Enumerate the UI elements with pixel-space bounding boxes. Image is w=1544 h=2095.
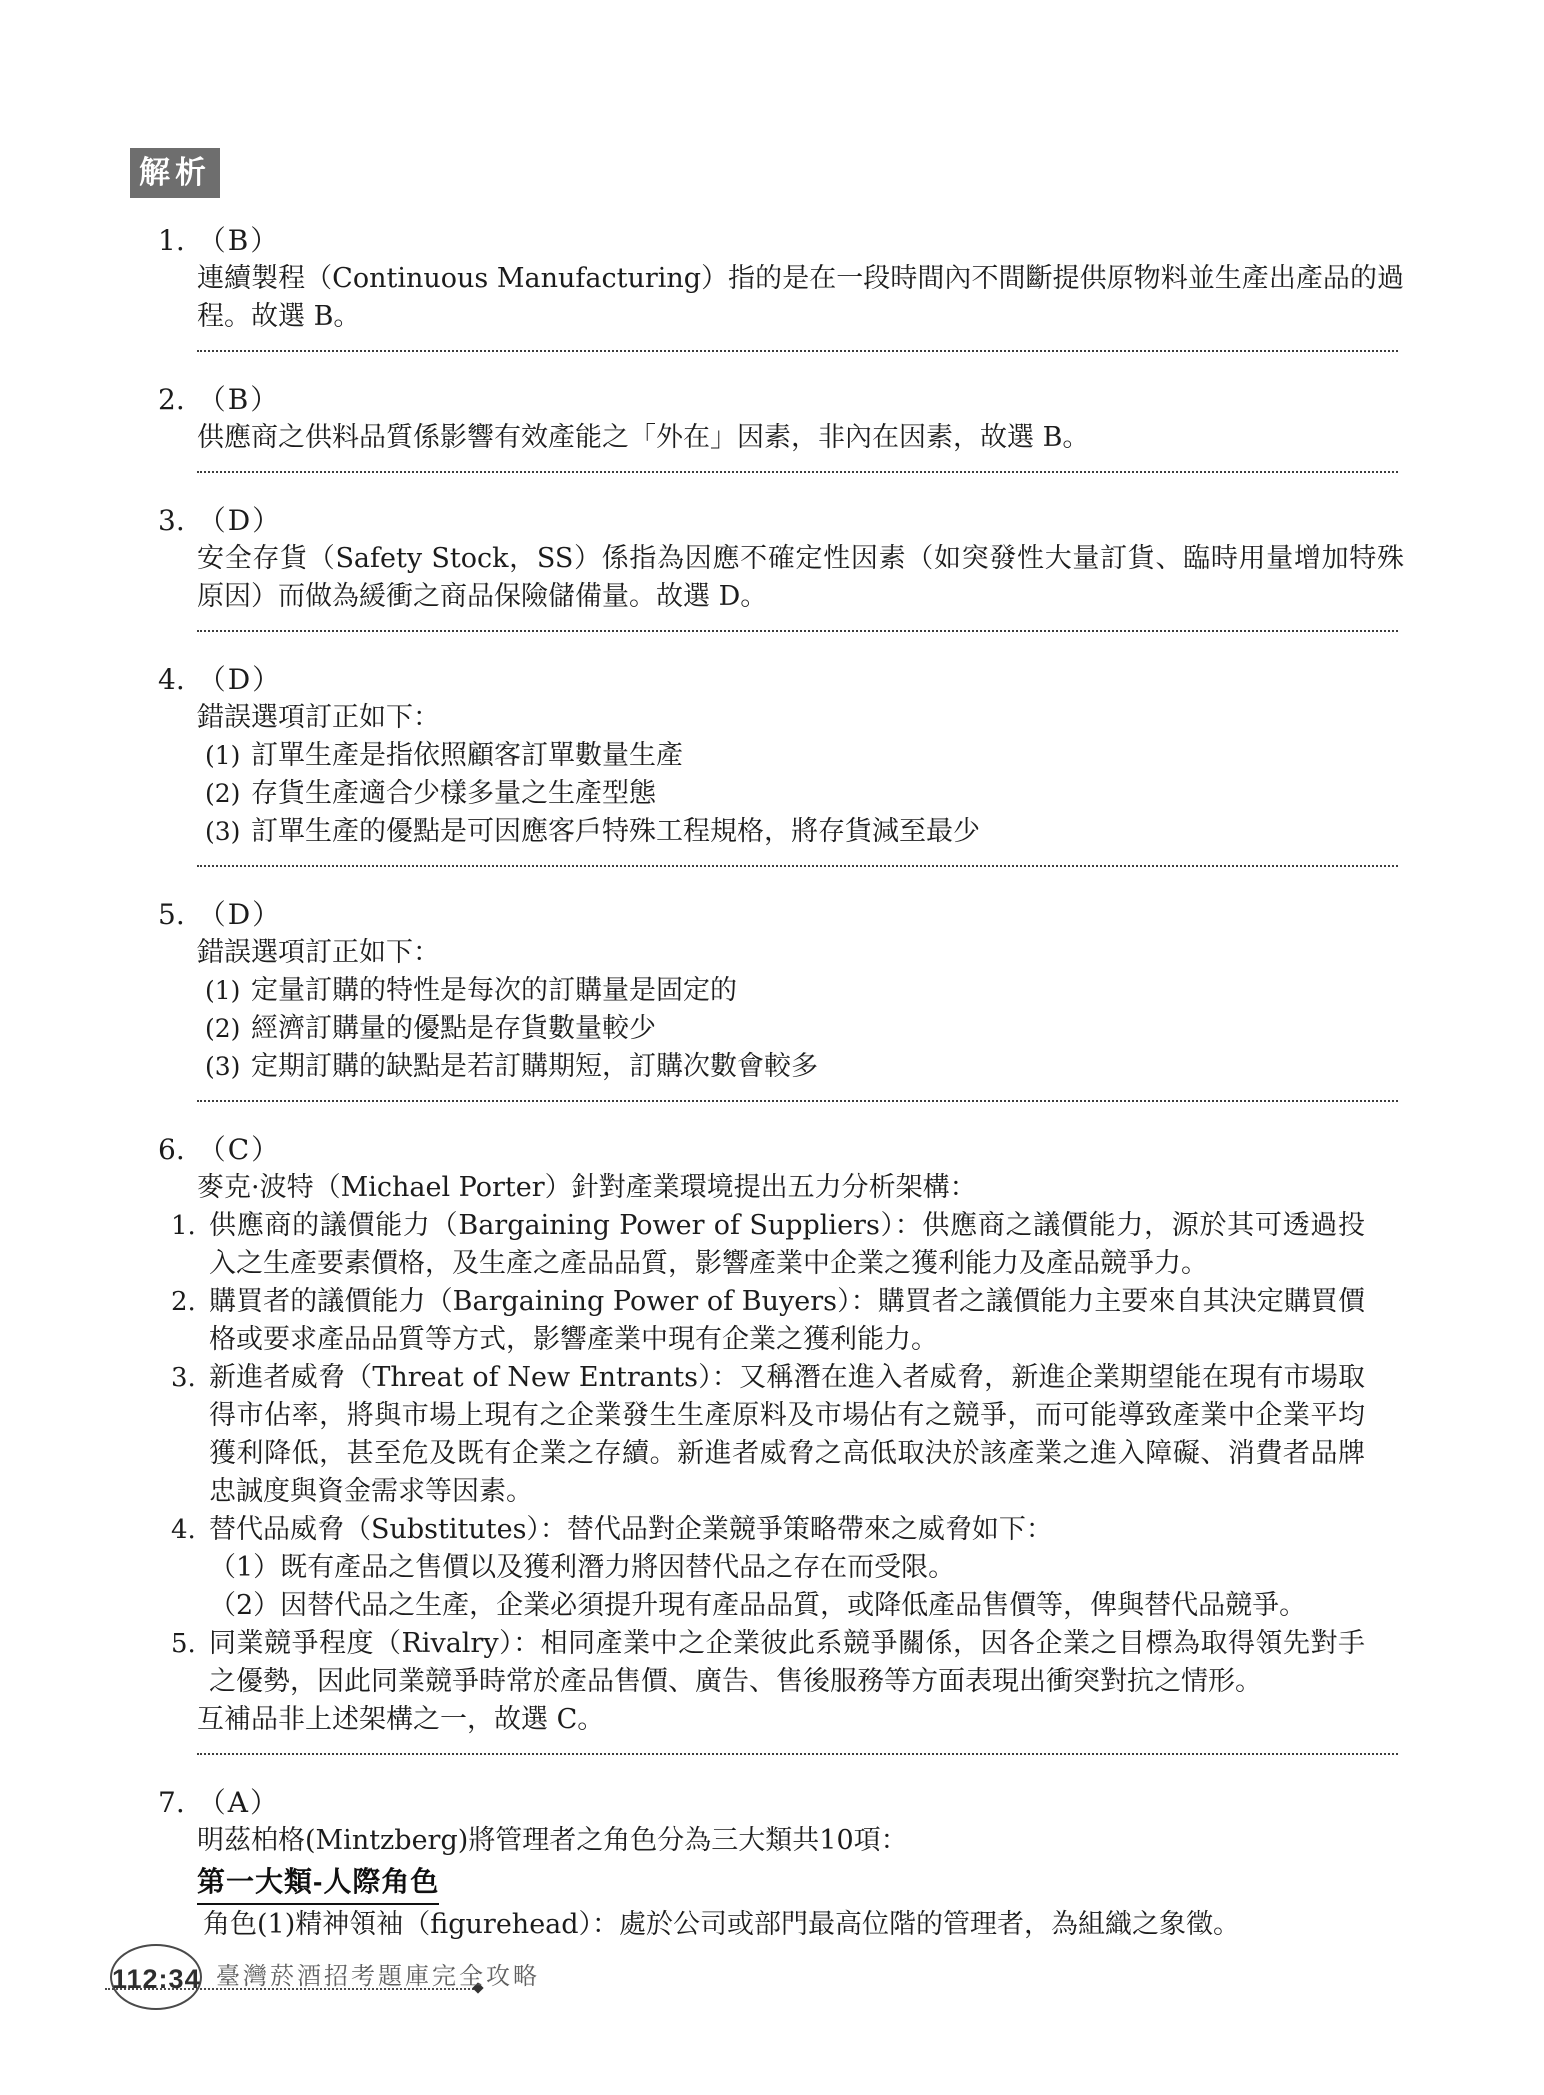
item-answer: （D） xyxy=(198,663,282,696)
force-item: 5. 同業競爭程度（Rivalry）：相同產業中之企業彼此系競爭關係，因各企業之… xyxy=(171,1625,1365,1701)
page-number-circle: 112:34 xyxy=(110,1944,202,2010)
force-marker: 5. xyxy=(171,1625,196,1663)
dotted-separator xyxy=(197,1753,1398,1755)
correction-item: (1) 訂單生產是指依照顧客訂單數量生產 xyxy=(197,737,1404,775)
item-answer: （D） xyxy=(198,504,282,537)
sub-text: 存貨生產適合少樣多量之生產型態 xyxy=(251,778,656,809)
item-head: 4.（D） xyxy=(158,661,1406,699)
item-lead: 錯誤選項訂正如下： xyxy=(197,699,1404,737)
correction-item: (2) 存貨生產適合少樣多量之生產型態 xyxy=(197,775,1404,813)
force-marker: 2. xyxy=(171,1283,196,1321)
force-item: 1. 供應商的議價能力（Bargaining Power of Supplier… xyxy=(171,1207,1365,1283)
sub-text: 訂單生產的優點是可因應客戶特殊工程規格，將存貨減至最少 xyxy=(251,816,980,847)
solution-item-7: 7.（A） 明茲柏格(Mintzberg)將管理者之角色分為三大類共10項： 第… xyxy=(158,1784,1406,1944)
item-head: 3.（D） xyxy=(158,502,1406,540)
correction-item: (1) 定量訂購的特性是每次的訂購量是固定的 xyxy=(197,972,1404,1010)
item-number: 1. xyxy=(158,224,185,257)
item-number: 5. xyxy=(158,898,185,931)
item-number: 6. xyxy=(158,1133,185,1166)
sub-marker: (1) xyxy=(205,972,240,1010)
item-body: 錯誤選項訂正如下： (1) 定量訂購的特性是每次的訂購量是固定的 (2) 經濟訂… xyxy=(197,934,1404,1086)
item-paragraph: 角色(1)精神領袖（figurehead）：處於公司或部門最高位階的管理者，為組… xyxy=(197,1906,1404,1944)
force-text: 新進者威脅（Threat of New Entrants）：又稱潛在進入者威脅，… xyxy=(209,1359,1365,1511)
item-number: 7. xyxy=(158,1786,185,1819)
force-marker: 4. xyxy=(171,1511,196,1549)
dotted-separator xyxy=(197,865,1398,867)
item-head: 6.（C） xyxy=(158,1131,1406,1169)
item-lead: 錯誤選項訂正如下： xyxy=(197,934,1404,972)
section-badge: 解析 xyxy=(130,148,220,198)
sub-marker: (3) xyxy=(205,1048,240,1086)
item-answer: （B） xyxy=(198,383,281,416)
sub-marker: (2) xyxy=(205,775,240,813)
force-text: 替代品威脅（Substitutes）：替代品對企業競爭策略帶來之威脅如下： xyxy=(209,1511,1365,1549)
solution-item-6: 6.（C） 麥克·波特（Michael Porter）針對產業環境提出五力分析架… xyxy=(158,1131,1406,1739)
dotted-separator xyxy=(197,471,1398,473)
item-body: 明茲柏格(Mintzberg)將管理者之角色分為三大類共10項： 第一大類-人際… xyxy=(197,1822,1404,1944)
item-lead: 麥克·波特（Michael Porter）針對產業環境提出五力分析架構： xyxy=(197,1169,1404,1207)
item-number: 2. xyxy=(158,383,185,416)
correction-item: (3) 定期訂購的缺點是若訂購期短，訂購次數會較多 xyxy=(197,1048,1404,1086)
item-answer: （C） xyxy=(198,1133,281,1166)
item-paragraph: 連續製程（Continuous Manufacturing）指的是在一段時間內不… xyxy=(197,260,1404,336)
item-body: 安全存貨（Safety Stock，SS）係指為因應不確定性因素（如突發性大量訂… xyxy=(197,540,1404,616)
force-text: 同業競爭程度（Rivalry）：相同產業中之企業彼此系競爭關係，因各企業之目標為… xyxy=(209,1625,1365,1701)
item-number: 4. xyxy=(158,663,185,696)
page-number: 112:34 xyxy=(112,1964,201,1994)
item-paragraph: 明茲柏格(Mintzberg)將管理者之角色分為三大類共10項： xyxy=(197,1822,1404,1860)
item-head: 2.（B） xyxy=(158,381,1406,419)
item-paragraph: 供應商之供料品質係影響有效產能之「外在」因素，非內在因素，故選 B。 xyxy=(197,419,1404,457)
item-body: 連續製程（Continuous Manufacturing）指的是在一段時間內不… xyxy=(197,260,1404,336)
solution-item-4: 4.（D） 錯誤選項訂正如下： (1) 訂單生產是指依照顧客訂單數量生產 (2)… xyxy=(158,661,1406,851)
item-answer: （A） xyxy=(198,1786,280,1819)
item-head: 1.（B） xyxy=(158,222,1406,260)
item-paragraph: 安全存貨（Safety Stock，SS）係指為因應不確定性因素（如突發性大量訂… xyxy=(197,540,1404,616)
category-heading: 第一大類-人際角色 xyxy=(197,1863,439,1905)
dotted-separator xyxy=(197,350,1398,352)
sub-text: 訂單生產是指依照顧客訂單數量生產 xyxy=(251,740,683,771)
correction-item: (3) 訂單生產的優點是可因應客戶特殊工程規格，將存貨減至最少 xyxy=(197,813,1404,851)
item-head: 5.（D） xyxy=(158,896,1406,934)
force-marker: 3. xyxy=(171,1359,196,1397)
item-head: 7.（A） xyxy=(158,1784,1406,1822)
sub-text: 定期訂購的缺點是若訂購期短，訂購次數會較多 xyxy=(251,1051,818,1082)
dotted-separator xyxy=(197,1100,1398,1102)
force-item: 3. 新進者威脅（Threat of New Entrants）：又稱潛在進入者… xyxy=(171,1359,1365,1511)
force-item: 2. 購買者的議價能力（Bargaining Power of Buyers）：… xyxy=(171,1283,1365,1359)
document-page: 解析 1.（B） 連續製程（Continuous Manufacturing）指… xyxy=(0,0,1544,2095)
item-body: 麥克·波特（Michael Porter）針對產業環境提出五力分析架構： xyxy=(197,1169,1404,1207)
sub-marker: (3) xyxy=(205,813,240,851)
force-point: （2）因替代品之生產，企業必須提升現有產品品質，或降低產品售價等，俾與替代品競爭… xyxy=(209,1587,1365,1625)
dotted-separator xyxy=(197,630,1398,632)
force-point: （1）既有產品之售價以及獲利潛力將因替代品之存在而受限。 xyxy=(209,1549,1365,1587)
item-closing: 互補品非上述架構之一，故選 C。 xyxy=(197,1701,1404,1739)
item-number: 3. xyxy=(158,504,185,537)
sub-marker: (1) xyxy=(205,737,240,775)
item-answer: （D） xyxy=(198,898,282,931)
force-text: 購買者的議價能力（Bargaining Power of Buyers）：購買者… xyxy=(209,1283,1365,1359)
force-item: 4. 替代品威脅（Substitutes）：替代品對企業競爭策略帶來之威脅如下：… xyxy=(171,1511,1365,1625)
force-marker: 1. xyxy=(171,1207,196,1245)
sub-text: 定量訂購的特性是每次的訂購量是固定的 xyxy=(251,975,737,1006)
sub-marker: (2) xyxy=(205,1010,240,1048)
five-forces-list: 1. 供應商的議價能力（Bargaining Power of Supplier… xyxy=(171,1207,1365,1701)
book-title: 臺灣菸酒招考題庫完全攻略 xyxy=(216,1956,540,1991)
sub-text: 經濟訂購量的優點是存貨數量較少 xyxy=(251,1013,656,1044)
item-body: 互補品非上述架構之一，故選 C。 xyxy=(197,1701,1404,1739)
solutions-list: 1.（B） 連續製程（Continuous Manufacturing）指的是在… xyxy=(158,222,1406,1944)
solution-item-5: 5.（D） 錯誤選項訂正如下： (1) 定量訂購的特性是每次的訂購量是固定的 (… xyxy=(158,896,1406,1086)
solution-item-1: 1.（B） 連續製程（Continuous Manufacturing）指的是在… xyxy=(158,222,1406,336)
item-body: 供應商之供料品質係影響有效產能之「外在」因素，非內在因素，故選 B。 xyxy=(197,419,1404,457)
solution-item-2: 2.（B） 供應商之供料品質係影響有效產能之「外在」因素，非內在因素，故選 B。 xyxy=(158,381,1406,457)
item-body: 錯誤選項訂正如下： (1) 訂單生產是指依照顧客訂單數量生產 (2) 存貨生產適… xyxy=(197,699,1404,851)
force-text: 供應商的議價能力（Bargaining Power of Suppliers）：… xyxy=(209,1207,1365,1283)
solution-item-3: 3.（D） 安全存貨（Safety Stock，SS）係指為因應不確定性因素（如… xyxy=(158,502,1406,616)
correction-item: (2) 經濟訂購量的優點是存貨數量較少 xyxy=(197,1010,1404,1048)
item-answer: （B） xyxy=(198,224,281,257)
